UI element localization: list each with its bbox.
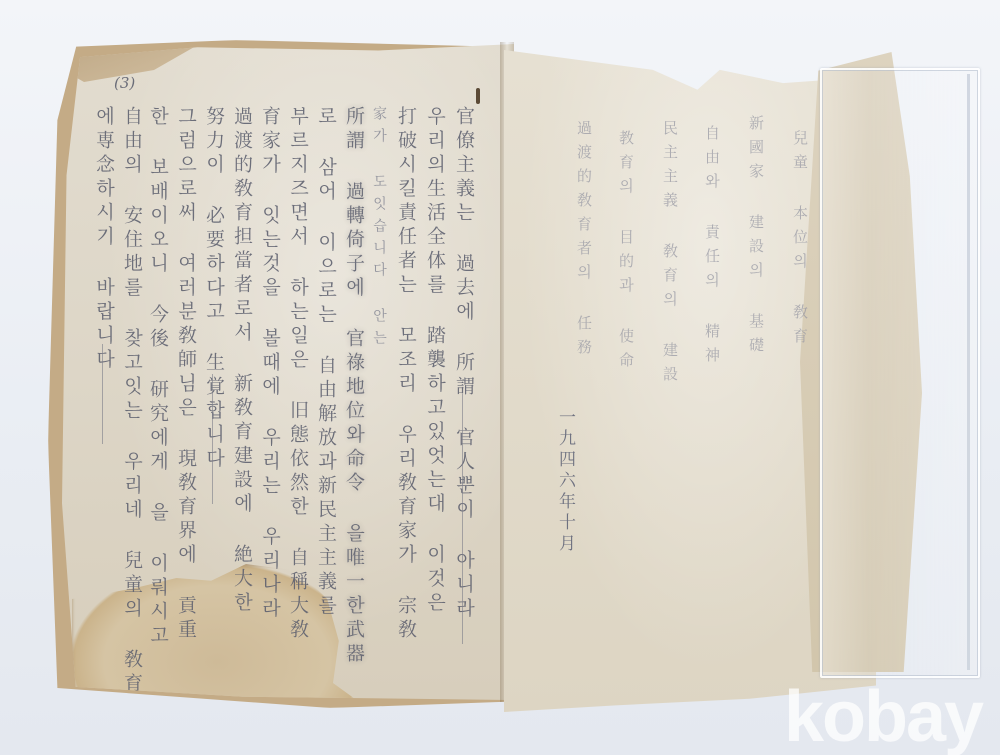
text-column: 打破시킬責任者는 모조리 우리敎育家가 宗敎 (396, 106, 415, 643)
bleed-through-text: 民主主義 敎育의 建設 (660, 120, 681, 390)
bleed-through-text: 新國家 建設의 基礎 (746, 115, 767, 361)
watermark-logo: kobay (784, 676, 982, 755)
page-number: (3) (114, 74, 135, 92)
text-column: 에専念하시기 바랍니다 (94, 106, 113, 373)
text-column: 所謂 過轉倚子에 官祿地位와命令 을唯一한武器 (344, 106, 363, 667)
text-column: 부르지즈면서 하는일은 旧態依然한 自稱大敎 (288, 106, 307, 643)
left-page: (3) 官僚主義는 過去에 所謂 官人뿐이 아니라 우리의生活全体를 踏襲하고있… (62, 44, 514, 700)
text-column: 過渡的敎育担當者로서 新敎育建設에 絶大한 (232, 106, 251, 616)
acrylic-edge (967, 74, 970, 670)
text-column: 우리의生活全体를 踏襲하고있엇는대 이것은 (425, 106, 444, 616)
bleed-through-text: 教育의 目的과 使命 (616, 130, 637, 376)
text-column: 努力이 必要하다고 生覚합니다 (204, 106, 223, 472)
text-column: 家가 도잇습니다 안는 (372, 106, 386, 352)
document-date: 一九四六年十月 (553, 408, 578, 555)
pencil-stroke (462, 394, 463, 644)
text-column: 官僚主義는 過去에 所謂 官人뿐이 아니라 (454, 106, 473, 622)
text-column: 自由의 安住地를 찾고잇는 우리네 兒童의 敎育 (122, 106, 141, 697)
text-column: 한 보배이오니 今後 研究에게 을 이뤄시고 (148, 106, 167, 649)
bleed-through-text: 過渡的敎育者의 任務 (574, 120, 595, 363)
acrylic-plate (820, 68, 980, 678)
text-column: 로 삼어 이으로는 自由解放과新民主主義를 (316, 106, 335, 619)
bleed-through-text: 兒童 本位의 敎育 (790, 130, 811, 352)
binding-mark (476, 88, 480, 104)
bleed-through-text: 自由와 責任의 精神 (702, 125, 723, 371)
text-column: 育家가 잇는것을 볼때에 우리는 우리나라 (260, 106, 279, 622)
pencil-stroke (212, 374, 213, 504)
text-column: 그럼으로써 여러분敎師님은 現敎育界에 貢重 (176, 106, 195, 643)
pencil-stroke (102, 344, 103, 444)
